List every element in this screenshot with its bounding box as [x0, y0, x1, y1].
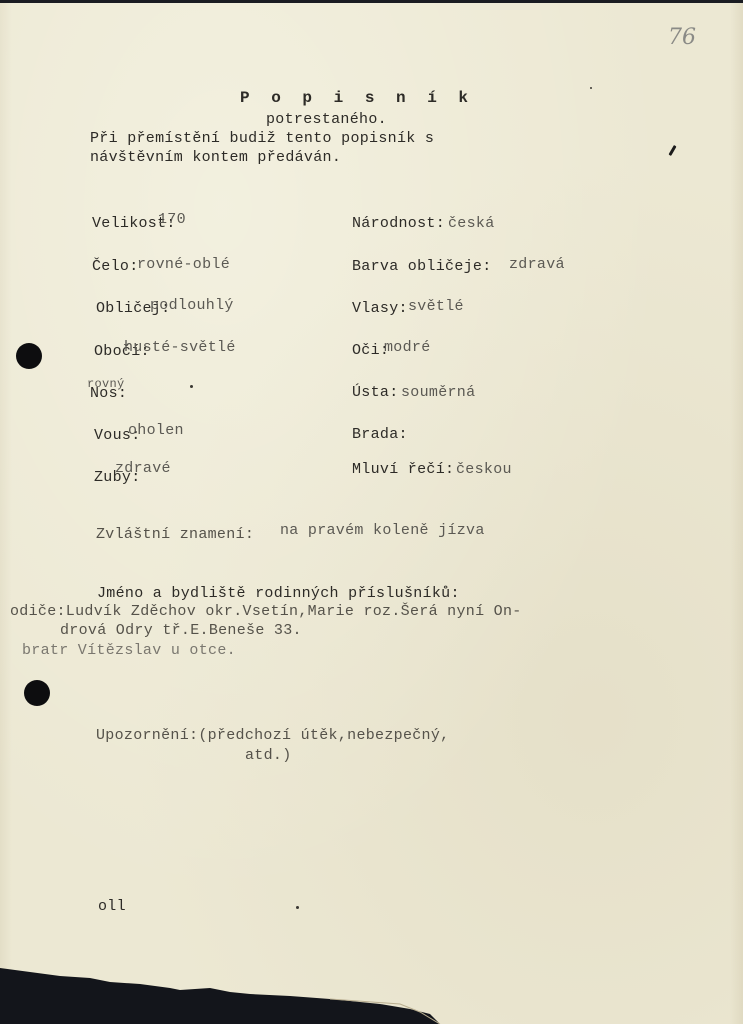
field-value-celo: rovné-oblé — [137, 256, 230, 273]
document-title: P o p i s n í k — [240, 89, 474, 107]
punch-hole-bottom — [24, 680, 50, 706]
footer-code: oll — [98, 898, 126, 915]
field-label-narodnost: Národnost: — [352, 215, 445, 232]
relatives-line-1: odiče:Ludvík Zděchov okr.Vsetín,Marie ro… — [10, 603, 522, 620]
field-label-barva-obliceje: Barva obličeje: — [352, 258, 492, 275]
special-marks-value: na pravém koleně jízva — [280, 522, 485, 539]
speck — [190, 385, 193, 388]
relatives-line-3: bratr Vítězslav u otce. — [22, 642, 236, 659]
field-value-nos: rovný — [87, 377, 125, 391]
punch-hole-top — [16, 343, 42, 369]
relatives-line-2: drová Odry tř.E.Beneše 33. — [60, 622, 302, 639]
pen-mark — [668, 145, 676, 156]
field-value-narodnost: česká — [448, 215, 495, 232]
instruction-line-1: Při přemístění budiž tento popisník s — [90, 130, 434, 147]
field-value-vlasy: světlé — [408, 298, 464, 315]
field-label-vlasy: Vlasy: — [352, 300, 408, 317]
field-value-vous: oholen — [128, 422, 184, 439]
warning-line-1: Upozornění:(předchozí útěk,nebezpečný, — [96, 727, 449, 744]
special-marks-label: Zvláštní znamení: — [96, 526, 254, 543]
speck — [590, 87, 592, 89]
field-value-oboci: husté-světlé — [124, 339, 236, 356]
field-label-usta: Ústa: — [352, 384, 399, 401]
field-value-barva-obliceje: zdravá — [509, 256, 565, 273]
relatives-label: Jméno a bydliště rodinných příslušníků: — [97, 585, 460, 602]
document-page: 76 P o p i s n í k potrestaného. Při pře… — [0, 3, 743, 1024]
torn-edge — [0, 954, 743, 1024]
field-value-mluvi-reci: českou — [456, 461, 512, 478]
page-number: 76 — [668, 25, 696, 50]
field-value-zuby: zdravé — [115, 460, 171, 477]
field-label-mluvi-reci: Mluví řečí: — [352, 461, 454, 478]
field-label-celo: Čelo: — [92, 258, 139, 275]
instruction-line-2: návštěvním kontem předáván. — [90, 149, 341, 166]
document-subtitle: potrestaného. — [266, 111, 387, 128]
warning-line-2: atd.) — [245, 747, 292, 764]
field-value-oblicej: podlouhlý — [150, 297, 234, 314]
field-value-velikost: 170 — [158, 211, 186, 228]
speck — [296, 906, 299, 909]
field-value-usta: souměrná — [401, 384, 475, 401]
field-label-brada: Brada: — [352, 426, 408, 443]
field-value-oci: modré — [384, 339, 431, 356]
